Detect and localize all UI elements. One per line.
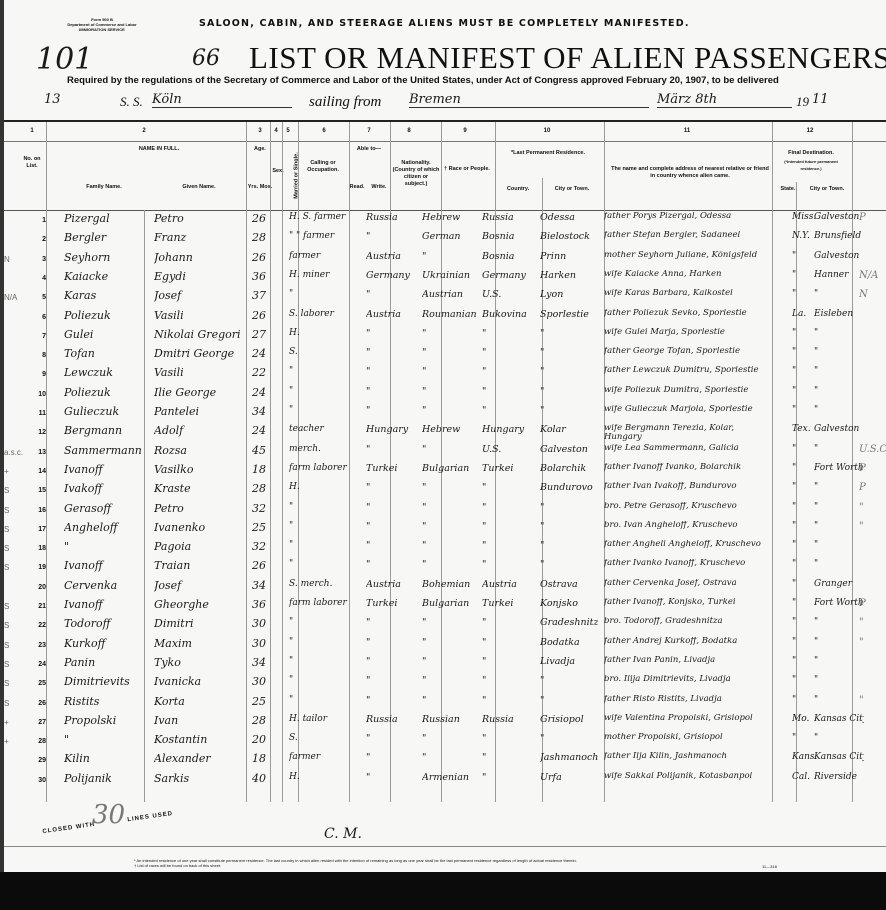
- residence-town: ": [540, 366, 598, 377]
- nearest-relative: father Porys Pizergal, Odessa: [604, 212, 774, 221]
- occupation: S.: [289, 347, 349, 357]
- table-row: 29KilinAlexander18farmer"""Jashmanochfat…: [4, 752, 886, 771]
- sailing-date: März 8th: [657, 92, 792, 108]
- nationality: ": [366, 752, 416, 763]
- manifest-banner: SALOON, CABIN, AND STEERAGE ALIENS MUST …: [199, 18, 690, 29]
- line-number: 27: [26, 719, 46, 726]
- nationality: ": [366, 482, 416, 493]
- margin-note: +: [4, 718, 26, 727]
- header-rule: [4, 120, 886, 122]
- age: 25: [252, 695, 276, 708]
- residence-town: Kolar: [540, 424, 598, 435]
- right-margin-note: ": [859, 617, 886, 628]
- residence-town: Sporlestie: [540, 309, 598, 320]
- residence-country: Bukovina: [482, 309, 538, 320]
- occupation: merch.: [289, 444, 349, 454]
- col-num: 10: [544, 128, 551, 134]
- age: 36: [252, 598, 276, 611]
- inspector-initials: C. M.: [324, 826, 362, 842]
- nearest-relative: wife Karas Barbara, Kalkostel: [604, 289, 774, 298]
- line-number: 7: [26, 333, 46, 340]
- right-margin-note: N: [859, 289, 886, 300]
- age: 28: [252, 714, 276, 727]
- given-name: Kraste: [154, 482, 250, 495]
- race: ": [422, 444, 478, 455]
- header-final-destination: Final Destination.: [776, 150, 846, 157]
- given-name: Josef: [154, 579, 250, 592]
- nationality: ": [366, 405, 416, 416]
- table-row: 1PizergalPetro26H. S. farmerRussiaHebrew…: [4, 212, 886, 231]
- nationality: Austria: [366, 579, 416, 590]
- given-name: Dmitri George: [154, 347, 250, 360]
- given-name: Maxim: [154, 637, 250, 650]
- family-name: Propolski: [64, 714, 154, 727]
- header-nationality: Nationality. (Country of which citizen o…: [392, 160, 440, 188]
- residence-country: ": [482, 772, 538, 783]
- nearest-relative: father Cervenka Josef, Ostrava: [604, 579, 774, 588]
- occupation: H.: [289, 482, 349, 492]
- closed-with-label: CLOSED WITH: [42, 822, 95, 835]
- table-row: S23KurkoffMaxim30""""Bodatkafather Andre…: [4, 637, 886, 656]
- given-name: Tyko: [154, 656, 250, 669]
- destination-city: ": [814, 656, 864, 666]
- margin-note: S: [4, 641, 26, 650]
- nationality: ": [366, 733, 416, 744]
- occupation: S. merch.: [289, 579, 349, 589]
- page-title: LIST OR MANIFEST OF ALIEN PASSENGERS FOR…: [249, 40, 886, 76]
- family-name: Angheloff: [64, 521, 154, 534]
- occupation: S.: [289, 733, 349, 743]
- residence-country: Bosnia: [482, 251, 538, 262]
- family-name: Cervenka: [64, 579, 154, 592]
- residence-town: Bolarchik: [540, 463, 598, 474]
- family-name: Kilin: [64, 752, 154, 765]
- residence-town: Galveston: [540, 444, 598, 455]
- nearest-relative: bro. Petre Gerasoff, Kruschevo: [604, 502, 774, 511]
- age: 26: [252, 212, 276, 225]
- line-number: 1: [26, 217, 46, 224]
- occupation: " " farmer: [289, 231, 349, 241]
- residence-country: ": [482, 482, 538, 493]
- right-margin-note: ": [859, 637, 886, 648]
- table-row: N/A5KarasJosef37""AustrianU.S.Lyonwife K…: [4, 289, 886, 308]
- table-row: +28"Kostantin20S.""""mother Propolski, G…: [4, 733, 886, 752]
- family-name: Todoroff: [64, 617, 154, 630]
- race: Bulgarian: [422, 463, 478, 474]
- occupation: ": [289, 289, 349, 299]
- age: 25: [252, 521, 276, 534]
- given-name: Dimitri: [154, 617, 250, 630]
- race: Roumanian: [422, 309, 478, 320]
- occupation: ": [289, 559, 349, 569]
- race: Armenian: [422, 772, 478, 783]
- family-name: Poliezuk: [64, 386, 154, 399]
- given-name: Rozsa: [154, 444, 250, 457]
- nearest-relative: wife Bergmann Terezia, Kolar, Hungary: [604, 424, 774, 442]
- line-number: 4: [26, 275, 46, 282]
- race: ": [422, 251, 478, 262]
- residence-town: Urfa: [540, 772, 598, 783]
- table-row: 11GulieczukPantelei34"""""wife Gulieczuk…: [4, 405, 886, 424]
- year-prefix: 19: [796, 94, 809, 110]
- table-row: S17AngheloffIvanenko25"""""bro. Ivan Ang…: [4, 521, 886, 540]
- age: 32: [252, 540, 276, 553]
- line-number: 10: [26, 391, 46, 398]
- nearest-relative: bro. Ilija Dimitrievits, Livadja: [604, 675, 774, 684]
- age: 24: [252, 386, 276, 399]
- line-number: 16: [26, 507, 46, 514]
- margin-note: a.s.c. Hospital: [4, 448, 26, 457]
- residence-country: U.S.: [482, 444, 538, 455]
- residence-country: Bosnia: [482, 231, 538, 242]
- table-row: S21IvanoffGheorghe36farm laborerTurkeiBu…: [4, 598, 886, 617]
- margin-note: S: [4, 699, 26, 708]
- line-number: 9: [26, 371, 46, 378]
- family-name: Tofan: [64, 347, 154, 360]
- age: 26: [252, 309, 276, 322]
- table-row: S22TodoroffDimitri30""""Gradeshnitzabro.…: [4, 617, 886, 636]
- destination-city: ": [814, 695, 864, 705]
- race: ": [422, 559, 478, 570]
- table-row: S18"Pagoia32"""""father Angheli Anghelof…: [4, 540, 886, 559]
- sheet-number: 101: [36, 42, 93, 77]
- occupation: ": [289, 675, 349, 685]
- year-suffix: 11: [812, 92, 829, 107]
- age: 30: [252, 637, 276, 650]
- sailing-line: 13 S. S. Köln sailing from Bremen März 8…: [44, 92, 844, 114]
- residence-country: Austria: [482, 579, 538, 590]
- residence-country: ": [482, 521, 538, 532]
- residence-town: Harken: [540, 270, 598, 281]
- occupation: farm laborer: [289, 463, 349, 473]
- margin-note: S: [4, 679, 26, 688]
- given-name: Gheorghe: [154, 598, 250, 611]
- family-name: Ristits: [64, 695, 154, 708]
- family-name: Gerasoff: [64, 502, 154, 515]
- age: 36: [252, 270, 276, 283]
- margin-note: S: [4, 563, 26, 572]
- family-name: Pizergal: [64, 212, 154, 225]
- given-name: Vasilko: [154, 463, 250, 476]
- margin-note: S: [4, 525, 26, 534]
- table-row: S15IvakoffKraste28H."""Bundurovofather I…: [4, 482, 886, 501]
- nearest-relative: father Ilja Kilin, Jashmanoch: [604, 752, 774, 761]
- race: German: [422, 231, 478, 242]
- race: ": [422, 540, 478, 551]
- destination-city: ": [814, 347, 864, 357]
- residence-town: ": [540, 347, 598, 358]
- destination-city: Brunsfield: [814, 231, 864, 241]
- race: Russian: [422, 714, 478, 725]
- line-number: 29: [26, 757, 46, 764]
- nearest-relative: father Ivanko Ivanoff, Kruschevo: [604, 559, 774, 568]
- destination-city: ": [814, 637, 864, 647]
- given-name: Petro: [154, 502, 250, 515]
- family-name: Poliezuk: [64, 309, 154, 322]
- table-row: 4KaiackeEgydi36H. minerGermanyUkrainianG…: [4, 270, 886, 289]
- family-name: Karas: [64, 289, 154, 302]
- family-name: Gulei: [64, 328, 154, 341]
- destination-city: ": [814, 482, 864, 492]
- residence-country: U.S.: [482, 289, 538, 300]
- header-last-residence: *Last Permanent Residence.: [498, 150, 598, 157]
- occupation: S. laborer: [289, 309, 349, 319]
- table-row: 8TofanDmitri George24S.""""father George…: [4, 347, 886, 366]
- nearest-relative: wife Kaiacke Anna, Harken: [604, 270, 774, 279]
- nearest-relative: wife Gulei Marja, Sporlestie: [604, 328, 774, 337]
- nationality: ": [366, 656, 416, 667]
- occupation: ": [289, 386, 349, 396]
- form-info: Form 500 B Department of Commerce and La…: [62, 17, 142, 32]
- table-row: 20CervenkaJosef34S. merch.AustriaBohemia…: [4, 579, 886, 598]
- header-no-on-list: No. on List.: [20, 156, 44, 170]
- list-number: 13: [44, 92, 61, 107]
- age: 24: [252, 424, 276, 437]
- closed-line-count: 30: [92, 800, 125, 830]
- occupation: H. tailor: [289, 714, 349, 724]
- table-row: 9LewczukVasili22"""""father Lewczuk Dumi…: [4, 366, 886, 385]
- residence-town: ": [540, 675, 598, 686]
- nationality: ": [366, 521, 416, 532]
- header-able-to: Able to—: [349, 146, 389, 153]
- age: 26: [252, 251, 276, 264]
- occupation: ": [289, 656, 349, 666]
- family-name: Ivanoff: [64, 559, 154, 572]
- race: ": [422, 675, 478, 686]
- given-name: Vasili: [154, 309, 250, 322]
- residence-country: ": [482, 752, 538, 763]
- footnotes: * An intended residence of one year shal…: [134, 858, 577, 868]
- occupation: H.: [289, 772, 349, 782]
- header-married-single: Married or Single.: [294, 151, 301, 201]
- header-calling: Calling or Occupation.: [300, 160, 346, 174]
- margin-note: N/A: [4, 293, 26, 302]
- header-given-name: Given Name.: [154, 184, 244, 191]
- table-row: 2BerglerFranz28" " farmer"GermanBosniaBi…: [4, 231, 886, 250]
- header-city-town: City or Town.: [544, 186, 600, 193]
- family-name: Bergler: [64, 231, 154, 244]
- given-name: Franz: [154, 231, 250, 244]
- nearest-relative: wife Valentina Propolski, Grisiopol: [604, 714, 774, 723]
- col-num: 12: [807, 128, 814, 134]
- nationality: ": [366, 366, 416, 377]
- race: ": [422, 482, 478, 493]
- line-number: 30: [26, 777, 46, 784]
- occupation: farmer: [289, 752, 349, 762]
- right-margin-note: U.S.C.: [859, 444, 886, 455]
- age: 30: [252, 617, 276, 630]
- nearest-relative: father Angheli Angheloff, Kruschevo: [604, 540, 774, 549]
- residence-country: ": [482, 733, 538, 744]
- residence-town: ": [540, 405, 598, 416]
- nearest-relative: wife Poliezuk Dumitra, Sporlestie: [604, 386, 774, 395]
- family-name: ": [64, 540, 154, 553]
- table-row: S16GerasoffPetro32"""""bro. Petre Geraso…: [4, 502, 886, 521]
- age: 18: [252, 752, 276, 765]
- destination-city: Riverside: [814, 772, 864, 782]
- age: 32: [252, 502, 276, 515]
- nearest-relative: father Risto Ristits, Livadja: [604, 695, 774, 704]
- given-name: Nikolai Gregori: [154, 328, 250, 341]
- footnote-races: † List of races will be found on back of…: [134, 863, 577, 868]
- col-num: 4: [274, 128, 277, 134]
- residence-town: ": [540, 502, 598, 513]
- line-number: 15: [26, 487, 46, 494]
- residence-town: ": [540, 695, 598, 706]
- age: 22: [252, 366, 276, 379]
- given-name: Korta: [154, 695, 250, 708]
- residence-country: Turkei: [482, 463, 538, 474]
- nearest-relative: father Andrej Kurkoff, Bodatka: [604, 637, 774, 646]
- nearest-relative: bro. Todoroff, Gradeshnitza: [604, 617, 774, 626]
- occupation: farmer: [289, 251, 349, 261]
- header-bottom-rule: [4, 210, 886, 211]
- right-margin-note: P: [859, 482, 886, 493]
- nearest-relative: father Ivanoff Ivanko, Bolarchik: [604, 463, 774, 472]
- nationality: Germany: [366, 270, 416, 281]
- line-number: 8: [26, 352, 46, 359]
- occupation: H. miner: [289, 270, 349, 280]
- margin-note: S: [4, 544, 26, 553]
- destination-city: Hanner: [814, 270, 864, 280]
- occupation: farm laborer: [289, 598, 349, 608]
- nationality: ": [366, 695, 416, 706]
- given-name: Pagoia: [154, 540, 250, 553]
- race: Austrian: [422, 289, 478, 300]
- race: ": [422, 656, 478, 667]
- given-name: Johann: [154, 251, 250, 264]
- col-num: 5: [286, 128, 289, 134]
- age: 26: [252, 559, 276, 572]
- residence-country: ": [482, 328, 538, 339]
- line-number: 26: [26, 700, 46, 707]
- residence-country: Russia: [482, 212, 538, 223]
- given-name: Vasili: [154, 366, 250, 379]
- line-number: 18: [26, 545, 46, 552]
- lines-used-label: LINES USED: [127, 811, 173, 823]
- column-numbers: 1 2 3 4 5 6 7 8 9 10 11 12: [4, 128, 886, 140]
- family-name: Gulieczuk: [64, 405, 154, 418]
- form-service: IMMIGRATION SERVICE: [62, 27, 142, 32]
- right-margin-note: ": [859, 521, 886, 532]
- nationality: Austria: [366, 309, 416, 320]
- col-num: 3: [258, 128, 261, 134]
- manifest-sheet: Form 500 B Department of Commerce and La…: [4, 0, 886, 872]
- family-name: Ivanoff: [64, 598, 154, 611]
- margin-note: S: [4, 660, 26, 669]
- col-num: 8: [407, 128, 410, 134]
- destination-city: ": [814, 328, 864, 338]
- line-number: 11: [26, 410, 46, 417]
- line-number: 3: [26, 256, 46, 263]
- destination-city: ": [814, 540, 864, 550]
- race: Hebrew: [422, 212, 478, 223]
- form-code: 11—318: [762, 864, 777, 869]
- destination-city: ": [814, 444, 864, 454]
- residence-town: Odessa: [540, 212, 598, 223]
- header-write: Write.: [368, 184, 390, 191]
- table-row: N3SeyhornJohann26farmerAustria"BosniaPri…: [4, 251, 886, 270]
- age: 27: [252, 328, 276, 341]
- col-num: 1: [30, 128, 33, 134]
- margin-note: S: [4, 602, 26, 611]
- family-name: ": [64, 733, 154, 746]
- line-number: 24: [26, 661, 46, 668]
- residence-town: Livadja: [540, 656, 598, 667]
- family-name: Seyhorn: [64, 251, 154, 264]
- table-row: a.s.c. Hospital13SammermannRozsa45merch.…: [4, 444, 886, 463]
- nearest-relative: wife Lea Sammermann, Galicia: [604, 444, 774, 453]
- race: ": [422, 617, 478, 628]
- header-race: † Race or People.: [444, 166, 490, 173]
- margin-note: S: [4, 506, 26, 515]
- occupation: ": [289, 617, 349, 627]
- given-name: Josef: [154, 289, 250, 302]
- nationality: Austria: [366, 251, 416, 262]
- residence-country: Hungary: [482, 424, 538, 435]
- nationality: ": [366, 559, 416, 570]
- given-name: Sarkis: [154, 772, 250, 785]
- col-num: 9: [463, 128, 466, 134]
- nearest-relative: father Ivan Panin, Livadja: [604, 656, 774, 665]
- line-number: 25: [26, 680, 46, 687]
- race: ": [422, 347, 478, 358]
- col-num: 6: [322, 128, 325, 134]
- residence-town: Bundurovo: [540, 482, 598, 493]
- nearest-relative: father Poliezuk Sevko, Sporlestie: [604, 309, 774, 318]
- destination-city: ": [814, 559, 864, 569]
- nationality: Turkei: [366, 598, 416, 609]
- occupation: ": [289, 405, 349, 415]
- line-number: 5: [26, 294, 46, 301]
- residence-town: Lyon: [540, 289, 598, 300]
- family-name: Lewczuk: [64, 366, 154, 379]
- residence-country: ": [482, 386, 538, 397]
- header-sex: Sex.: [270, 168, 286, 175]
- page-number: 66: [192, 46, 220, 71]
- nationality: ": [366, 386, 416, 397]
- nationality: Hungary: [366, 424, 416, 435]
- line-number: 21: [26, 603, 46, 610]
- nearest-relative: mother Propolski, Grisiopol: [604, 733, 774, 742]
- line-number: 6: [26, 314, 46, 321]
- table-row: S26RistitsKorta25"""""father Risto Risti…: [4, 695, 886, 714]
- residence-country: ": [482, 695, 538, 706]
- residence-town: ": [540, 559, 598, 570]
- footer-rule: [4, 846, 886, 847]
- occupation: ": [289, 695, 349, 705]
- col-num: 2: [142, 128, 145, 134]
- age: 24: [252, 347, 276, 360]
- destination-city: Kansas City: [814, 714, 864, 724]
- family-name: Bergmann: [64, 424, 154, 437]
- nationality: ": [366, 231, 416, 242]
- right-margin-note: P: [859, 212, 886, 223]
- race: Bulgarian: [422, 598, 478, 609]
- age: 28: [252, 482, 276, 495]
- line-number: 20: [26, 584, 46, 591]
- age: 45: [252, 444, 276, 457]
- destination-city: Galveston: [814, 424, 864, 434]
- ship-prefix: S. S.: [120, 94, 143, 110]
- destination-city: Fort Worth: [814, 463, 864, 473]
- col-num: 11: [684, 128, 690, 134]
- residence-country: ": [482, 502, 538, 513]
- race: ": [422, 521, 478, 532]
- margin-note: +: [4, 737, 26, 746]
- destination-city: ": [814, 405, 864, 415]
- given-name: Egydi: [154, 270, 250, 283]
